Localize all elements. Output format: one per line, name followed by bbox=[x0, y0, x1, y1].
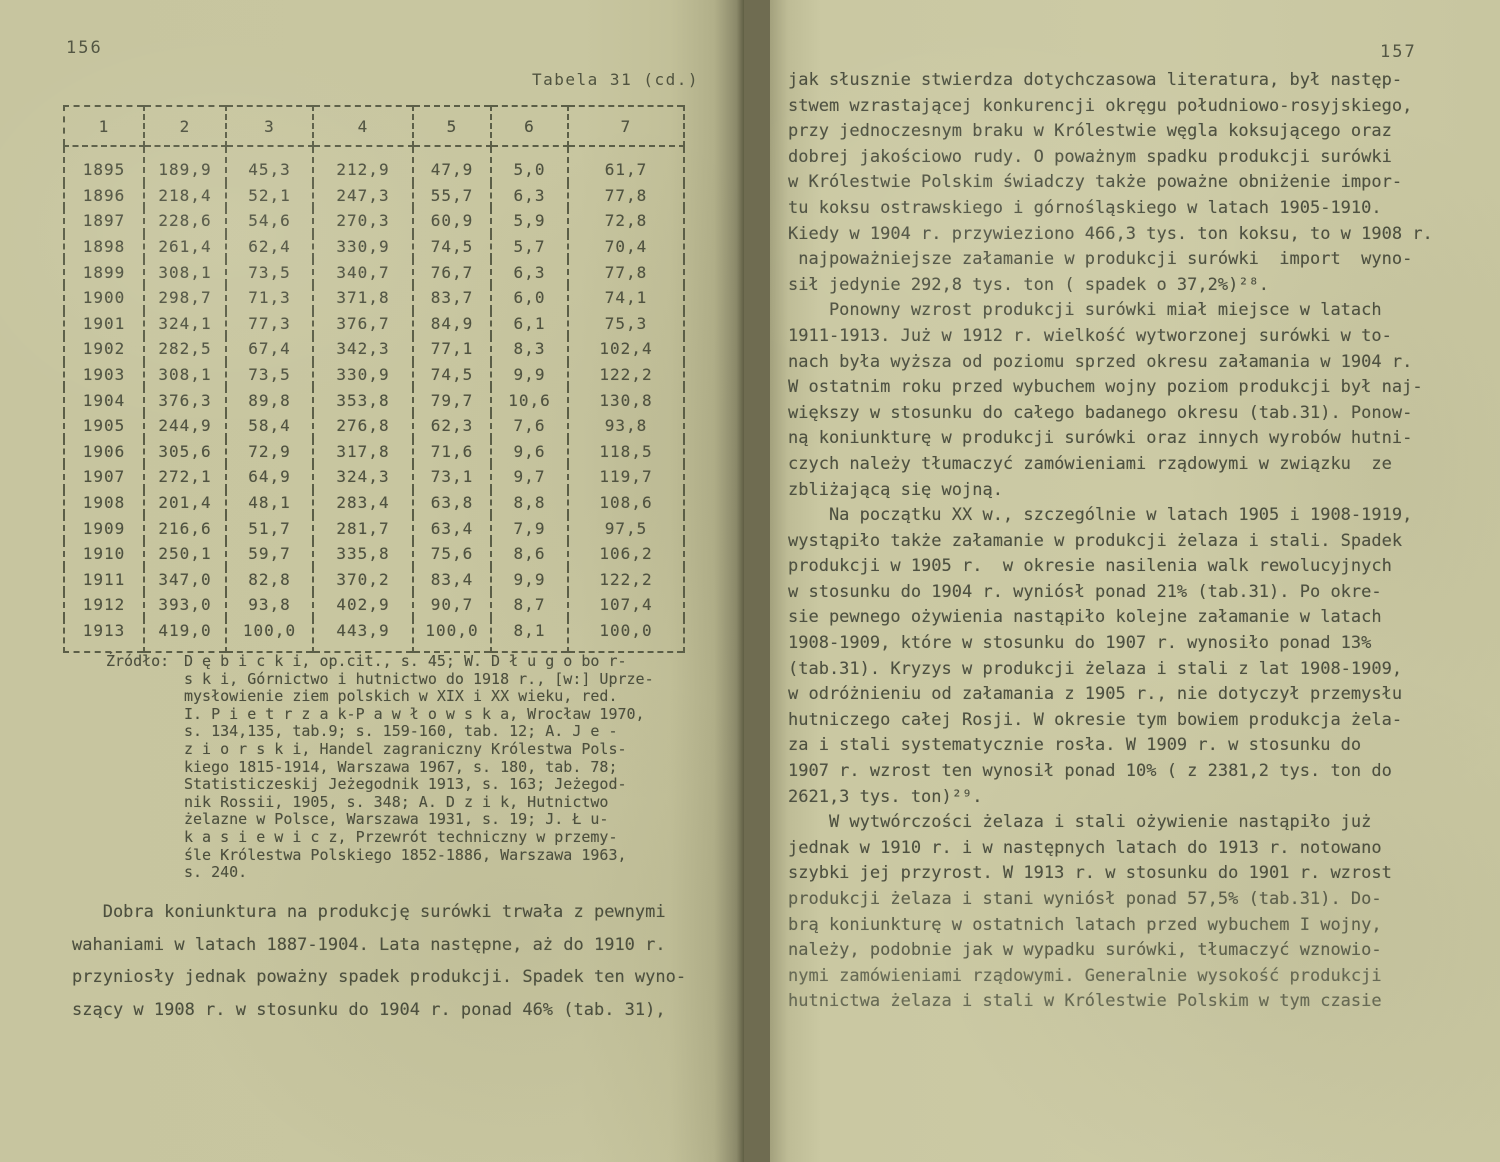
value-cell: 89,8 bbox=[226, 387, 313, 413]
text-line: D ę b i c k i, op.cit., s. 45; W. D ł u … bbox=[184, 653, 654, 671]
column-header: 2 bbox=[144, 106, 226, 146]
value-cell: 77,8 bbox=[568, 183, 684, 209]
text-line: sił jedynie 292,8 tys. ton ( spadek o 37… bbox=[788, 273, 1433, 299]
production-table: 1234567 1895189,945,3212,947,95,061,7189… bbox=[63, 105, 685, 653]
value-cell: 305,6 bbox=[144, 439, 226, 465]
value-cell: 342,3 bbox=[313, 336, 413, 362]
table-row: 1896218,452,1247,355,76,377,8 bbox=[64, 183, 684, 209]
text-line: nach była wyższa od poziomu sprzed okres… bbox=[788, 350, 1433, 376]
text-line: 1908-1909, które w stosunku do 1907 r. w… bbox=[788, 631, 1433, 657]
table-row: 1903308,173,5330,974,59,9122,2 bbox=[64, 362, 684, 388]
value-cell: 118,5 bbox=[568, 439, 684, 465]
value-cell: 74,5 bbox=[413, 362, 491, 388]
value-cell: 6,3 bbox=[491, 259, 568, 285]
text-line: I. P i e t r z a k-P a w ł o w s k a, Wr… bbox=[184, 706, 654, 724]
text-line: tu koksu ostrawskiego i górnośląskiego w… bbox=[788, 196, 1433, 222]
source-lines: D ę b i c k i, op.cit., s. 45; W. D ł u … bbox=[184, 653, 654, 882]
value-cell: 82,8 bbox=[226, 567, 313, 593]
text-line: produkcji żelaza i stani wyniósł ponad 5… bbox=[788, 887, 1433, 913]
text-line: nymi zamówieniami rządowymi. Generalnie … bbox=[788, 964, 1433, 990]
text-line: jednak w 1910 r. i w następnych latach d… bbox=[788, 836, 1433, 862]
value-cell: 77,3 bbox=[226, 311, 313, 337]
value-cell: 62,4 bbox=[226, 234, 313, 260]
value-cell: 73,5 bbox=[226, 259, 313, 285]
value-cell: 84,9 bbox=[413, 311, 491, 337]
year-cell: 1905 bbox=[64, 413, 144, 439]
value-cell: 55,7 bbox=[413, 183, 491, 209]
year-cell: 1907 bbox=[64, 464, 144, 490]
text-line: W ostatnim roku przed wybuchem wojny poz… bbox=[788, 375, 1433, 401]
text-line: wahaniami w latach 1887-1904. Lata nastę… bbox=[72, 929, 686, 962]
value-cell: 201,4 bbox=[144, 490, 226, 516]
text-line: Dobra koniunktura na produkcję surówki t… bbox=[72, 896, 686, 929]
value-cell: 5,0 bbox=[491, 146, 568, 183]
value-cell: 270,3 bbox=[313, 208, 413, 234]
value-cell: 353,8 bbox=[313, 387, 413, 413]
table-row: 1899308,173,5340,776,76,377,8 bbox=[64, 259, 684, 285]
text-line: większy w stosunku do całego badanego ok… bbox=[788, 401, 1433, 427]
text-line: przyniosły jednak poważny spadek produkc… bbox=[72, 961, 686, 994]
text-line: 2621,3 tys. ton)²⁹. bbox=[788, 785, 1433, 811]
text-line: należy, podobnie jak w wypadku surówki, … bbox=[788, 938, 1433, 964]
value-cell: 59,7 bbox=[226, 541, 313, 567]
text-line: z i o r s k i, Handel zagraniczny Króles… bbox=[184, 741, 654, 759]
value-cell: 9,9 bbox=[491, 362, 568, 388]
text-line: nik Rossii, 1905, s. 348; A. D z i k, Hu… bbox=[184, 794, 654, 812]
value-cell: 5,7 bbox=[491, 234, 568, 260]
table-row: 1897228,654,6270,360,95,972,8 bbox=[64, 208, 684, 234]
value-cell: 83,4 bbox=[413, 567, 491, 593]
year-cell: 1902 bbox=[64, 336, 144, 362]
value-cell: 63,8 bbox=[413, 490, 491, 516]
year-cell: 1895 bbox=[64, 146, 144, 183]
value-cell: 330,9 bbox=[313, 234, 413, 260]
text-line: Ponowny wzrost produkcji surówki miał mi… bbox=[788, 298, 1433, 324]
value-cell: 119,7 bbox=[568, 464, 684, 490]
value-cell: 108,6 bbox=[568, 490, 684, 516]
value-cell: 71,3 bbox=[226, 285, 313, 311]
value-cell: 8,6 bbox=[491, 541, 568, 567]
value-cell: 212,9 bbox=[313, 146, 413, 183]
text-line: najpoważniejsze załamanie w produkcji su… bbox=[788, 247, 1433, 273]
value-cell: 61,7 bbox=[568, 146, 684, 183]
value-cell: 340,7 bbox=[313, 259, 413, 285]
book-spread: 156 Tabela 31 (cd.) 1234567 1895189,945,… bbox=[0, 0, 1500, 1162]
year-cell: 1896 bbox=[64, 183, 144, 209]
value-cell: 63,4 bbox=[413, 515, 491, 541]
value-cell: 317,8 bbox=[313, 439, 413, 465]
value-cell: 9,6 bbox=[491, 439, 568, 465]
value-cell: 393,0 bbox=[144, 592, 226, 618]
table-row: 1913419,0100,0443,9100,08,1100,0 bbox=[64, 618, 684, 653]
value-cell: 276,8 bbox=[313, 413, 413, 439]
value-cell: 250,1 bbox=[144, 541, 226, 567]
value-cell: 272,1 bbox=[144, 464, 226, 490]
text-line: szybki jej przyrost. W 1913 r. w stosunk… bbox=[788, 861, 1433, 887]
year-cell: 1913 bbox=[64, 618, 144, 653]
text-line: Na początku XX w., szczególnie w latach … bbox=[788, 503, 1433, 529]
text-line: ną koniunkturę w produkcji surówki oraz … bbox=[788, 426, 1433, 452]
value-cell: 102,4 bbox=[568, 336, 684, 362]
value-cell: 6,3 bbox=[491, 183, 568, 209]
value-cell: 122,2 bbox=[568, 362, 684, 388]
text-line: Kiedy w 1904 r. przywieziono 466,3 tys. … bbox=[788, 222, 1433, 248]
page-number-right: 157 bbox=[1380, 42, 1417, 62]
value-cell: 335,8 bbox=[313, 541, 413, 567]
value-cell: 51,7 bbox=[226, 515, 313, 541]
text-line: s k i, Górnictwo i hutnictwo do 1918 r.,… bbox=[184, 671, 654, 689]
text-line: czych należy tłumaczyć zamówieniami rząd… bbox=[788, 452, 1433, 478]
value-cell: 7,9 bbox=[491, 515, 568, 541]
value-cell: 6,1 bbox=[491, 311, 568, 337]
value-cell: 83,7 bbox=[413, 285, 491, 311]
value-cell: 77,1 bbox=[413, 336, 491, 362]
text-line: zbliżającą się wojną. bbox=[788, 478, 1433, 504]
value-cell: 70,4 bbox=[568, 234, 684, 260]
value-cell: 71,6 bbox=[413, 439, 491, 465]
value-cell: 67,4 bbox=[226, 336, 313, 362]
value-cell: 73,5 bbox=[226, 362, 313, 388]
table-header-row: 1234567 bbox=[64, 106, 684, 146]
value-cell: 73,1 bbox=[413, 464, 491, 490]
value-cell: 93,8 bbox=[568, 413, 684, 439]
text-line: (tab.31). Kryzys w produkcji żelaza i st… bbox=[788, 657, 1433, 683]
text-line: kiego 1815-1914, Warszawa 1967, s. 180, … bbox=[184, 759, 654, 777]
text-line: jak słusznie stwierdza dotychczasowa lit… bbox=[788, 68, 1433, 94]
year-cell: 1904 bbox=[64, 387, 144, 413]
table-row: 1902282,567,4342,377,18,3102,4 bbox=[64, 336, 684, 362]
table-row: 1901324,177,3376,784,96,175,3 bbox=[64, 311, 684, 337]
year-cell: 1912 bbox=[64, 592, 144, 618]
text-line: przy jednoczesnym braku w Królestwie węg… bbox=[788, 119, 1433, 145]
value-cell: 47,9 bbox=[413, 146, 491, 183]
year-cell: 1903 bbox=[64, 362, 144, 388]
column-header: 4 bbox=[313, 106, 413, 146]
value-cell: 189,9 bbox=[144, 146, 226, 183]
table-row: 1906305,672,9317,871,69,6118,5 bbox=[64, 439, 684, 465]
value-cell: 5,9 bbox=[491, 208, 568, 234]
table-row: 1912393,093,8402,990,78,7107,4 bbox=[64, 592, 684, 618]
value-cell: 419,0 bbox=[144, 618, 226, 653]
year-cell: 1910 bbox=[64, 541, 144, 567]
body-text-right: jak słusznie stwierdza dotychczasowa lit… bbox=[788, 68, 1433, 1015]
text-line: stwem wzrastającej konkurencji okręgu po… bbox=[788, 94, 1433, 120]
text-line: s. 240. bbox=[184, 864, 654, 882]
value-cell: 100,0 bbox=[226, 618, 313, 653]
column-header: 5 bbox=[413, 106, 491, 146]
value-cell: 64,9 bbox=[226, 464, 313, 490]
value-cell: 62,3 bbox=[413, 413, 491, 439]
year-cell: 1900 bbox=[64, 285, 144, 311]
text-line: 1911-1913. Już w 1912 r. wielkość wytwor… bbox=[788, 324, 1433, 350]
text-line: hutniczego całej Rosji. W okresie tym bo… bbox=[788, 708, 1433, 734]
text-line: k a s i e w i c z, Przewrót techniczny w… bbox=[184, 829, 654, 847]
text-line: dobrej jakościowo rudy. O poważnym spadk… bbox=[788, 145, 1433, 171]
value-cell: 282,5 bbox=[144, 336, 226, 362]
value-cell: 324,3 bbox=[313, 464, 413, 490]
year-cell: 1911 bbox=[64, 567, 144, 593]
value-cell: 228,6 bbox=[144, 208, 226, 234]
right-page: 157 jak słusznie stwierdza dotychczasowa… bbox=[770, 0, 1500, 1162]
year-cell: 1909 bbox=[64, 515, 144, 541]
value-cell: 370,2 bbox=[313, 567, 413, 593]
value-cell: 8,1 bbox=[491, 618, 568, 653]
value-cell: 308,1 bbox=[144, 362, 226, 388]
value-cell: 308,1 bbox=[144, 259, 226, 285]
value-cell: 9,7 bbox=[491, 464, 568, 490]
value-cell: 8,8 bbox=[491, 490, 568, 516]
column-header: 7 bbox=[568, 106, 684, 146]
value-cell: 443,9 bbox=[313, 618, 413, 653]
text-line: Statisticzeskij Jeżegodnik 1913, s. 163;… bbox=[184, 776, 654, 794]
value-cell: 107,4 bbox=[568, 592, 684, 618]
year-cell: 1906 bbox=[64, 439, 144, 465]
table-row: 1898261,462,4330,974,55,770,4 bbox=[64, 234, 684, 260]
value-cell: 58,4 bbox=[226, 413, 313, 439]
value-cell: 376,3 bbox=[144, 387, 226, 413]
value-cell: 54,6 bbox=[226, 208, 313, 234]
table-caption: Tabela 31 (cd.) bbox=[532, 70, 699, 89]
value-cell: 8,7 bbox=[491, 592, 568, 618]
value-cell: 72,9 bbox=[226, 439, 313, 465]
year-cell: 1901 bbox=[64, 311, 144, 337]
value-cell: 330,9 bbox=[313, 362, 413, 388]
column-header: 3 bbox=[226, 106, 313, 146]
value-cell: 122,2 bbox=[568, 567, 684, 593]
table-row: 1909216,651,7281,763,47,997,5 bbox=[64, 515, 684, 541]
value-cell: 218,4 bbox=[144, 183, 226, 209]
value-cell: 75,3 bbox=[568, 311, 684, 337]
value-cell: 298,7 bbox=[144, 285, 226, 311]
value-cell: 90,7 bbox=[413, 592, 491, 618]
value-cell: 324,1 bbox=[144, 311, 226, 337]
text-line: sie pewnego ożywienia nastąpiło kolejne … bbox=[788, 605, 1433, 631]
value-cell: 48,1 bbox=[226, 490, 313, 516]
text-line: za i stali systematycznie rosła. W 1909 … bbox=[788, 733, 1433, 759]
left-page: 156 Tabela 31 (cd.) 1234567 1895189,945,… bbox=[0, 0, 744, 1162]
column-header: 6 bbox=[491, 106, 568, 146]
value-cell: 6,0 bbox=[491, 285, 568, 311]
value-cell: 100,0 bbox=[413, 618, 491, 653]
text-line: 1907 r. wzrost ten wynosił ponad 10% ( z… bbox=[788, 759, 1433, 785]
text-line: mysłowienie ziem polskich w XIX i XX wie… bbox=[184, 688, 654, 706]
value-cell: 376,7 bbox=[313, 311, 413, 337]
value-cell: 77,8 bbox=[568, 259, 684, 285]
value-cell: 283,4 bbox=[313, 490, 413, 516]
value-cell: 9,9 bbox=[491, 567, 568, 593]
value-cell: 75,6 bbox=[413, 541, 491, 567]
table-row: 1907272,164,9324,373,19,7119,7 bbox=[64, 464, 684, 490]
text-line: wystąpiło także załamanie w produkcji że… bbox=[788, 529, 1433, 555]
text-line: w stosunku do 1904 r. wyniósł ponad 21% … bbox=[788, 580, 1433, 606]
source-note: Źródło: D ę b i c k i, op.cit., s. 45; W… bbox=[106, 653, 654, 882]
value-cell: 216,6 bbox=[144, 515, 226, 541]
table-row: 1900298,771,3371,883,76,074,1 bbox=[64, 285, 684, 311]
text-line: w odróżnieniu od załamania z 1905 r., ni… bbox=[788, 682, 1433, 708]
table-row: 1904376,389,8353,879,710,6130,8 bbox=[64, 387, 684, 413]
value-cell: 106,2 bbox=[568, 541, 684, 567]
text-line: szący w 1908 r. w stosunku do 1904 r. po… bbox=[72, 994, 686, 1027]
value-cell: 402,9 bbox=[313, 592, 413, 618]
value-cell: 93,8 bbox=[226, 592, 313, 618]
table-row: 1910250,159,7335,875,68,6106,2 bbox=[64, 541, 684, 567]
table-row: 1908201,448,1283,463,88,8108,6 bbox=[64, 490, 684, 516]
value-cell: 45,3 bbox=[226, 146, 313, 183]
page-number-left: 156 bbox=[66, 38, 103, 58]
text-line: hutnictwa żelaza i stali w Królestwie Po… bbox=[788, 989, 1433, 1015]
value-cell: 74,1 bbox=[568, 285, 684, 311]
value-cell: 247,3 bbox=[313, 183, 413, 209]
value-cell: 347,0 bbox=[144, 567, 226, 593]
table-row: 1911347,082,8370,283,49,9122,2 bbox=[64, 567, 684, 593]
value-cell: 8,3 bbox=[491, 336, 568, 362]
value-cell: 10,6 bbox=[491, 387, 568, 413]
value-cell: 72,8 bbox=[568, 208, 684, 234]
table-row: 1895189,945,3212,947,95,061,7 bbox=[64, 146, 684, 183]
text-line: W wytwórczości żelaza i stali ożywienie … bbox=[788, 810, 1433, 836]
year-cell: 1899 bbox=[64, 259, 144, 285]
text-line: brą koniunkturę w ostatnich latach przed… bbox=[788, 913, 1433, 939]
value-cell: 52,1 bbox=[226, 183, 313, 209]
value-cell: 97,5 bbox=[568, 515, 684, 541]
column-header: 1 bbox=[64, 106, 144, 146]
table-row: 1905244,958,4276,862,37,693,8 bbox=[64, 413, 684, 439]
text-line: produkcji w 1905 r. w okresie nasilenia … bbox=[788, 554, 1433, 580]
value-cell: 281,7 bbox=[313, 515, 413, 541]
value-cell: 60,9 bbox=[413, 208, 491, 234]
body-paragraph-left: Dobra koniunktura na produkcję surówki t… bbox=[72, 896, 686, 1026]
year-cell: 1908 bbox=[64, 490, 144, 516]
value-cell: 76,7 bbox=[413, 259, 491, 285]
value-cell: 130,8 bbox=[568, 387, 684, 413]
value-cell: 371,8 bbox=[313, 285, 413, 311]
value-cell: 7,6 bbox=[491, 413, 568, 439]
text-line: s. 134,135, tab.9; s. 159-160, tab. 12; … bbox=[184, 723, 654, 741]
book-gutter bbox=[744, 0, 770, 1162]
year-cell: 1898 bbox=[64, 234, 144, 260]
year-cell: 1897 bbox=[64, 208, 144, 234]
value-cell: 100,0 bbox=[568, 618, 684, 653]
value-cell: 244,9 bbox=[144, 413, 226, 439]
text-line: w Królestwie Polskim świadczy także powa… bbox=[788, 170, 1433, 196]
value-cell: 261,4 bbox=[144, 234, 226, 260]
value-cell: 74,5 bbox=[413, 234, 491, 260]
text-line: śle Królestwa Polskiego 1852-1886, Warsz… bbox=[184, 847, 654, 865]
value-cell: 79,7 bbox=[413, 387, 491, 413]
source-label: Źródło: bbox=[106, 653, 169, 671]
text-line: żelazne w Polsce, Warszawa 1931, s. 19; … bbox=[184, 811, 654, 829]
